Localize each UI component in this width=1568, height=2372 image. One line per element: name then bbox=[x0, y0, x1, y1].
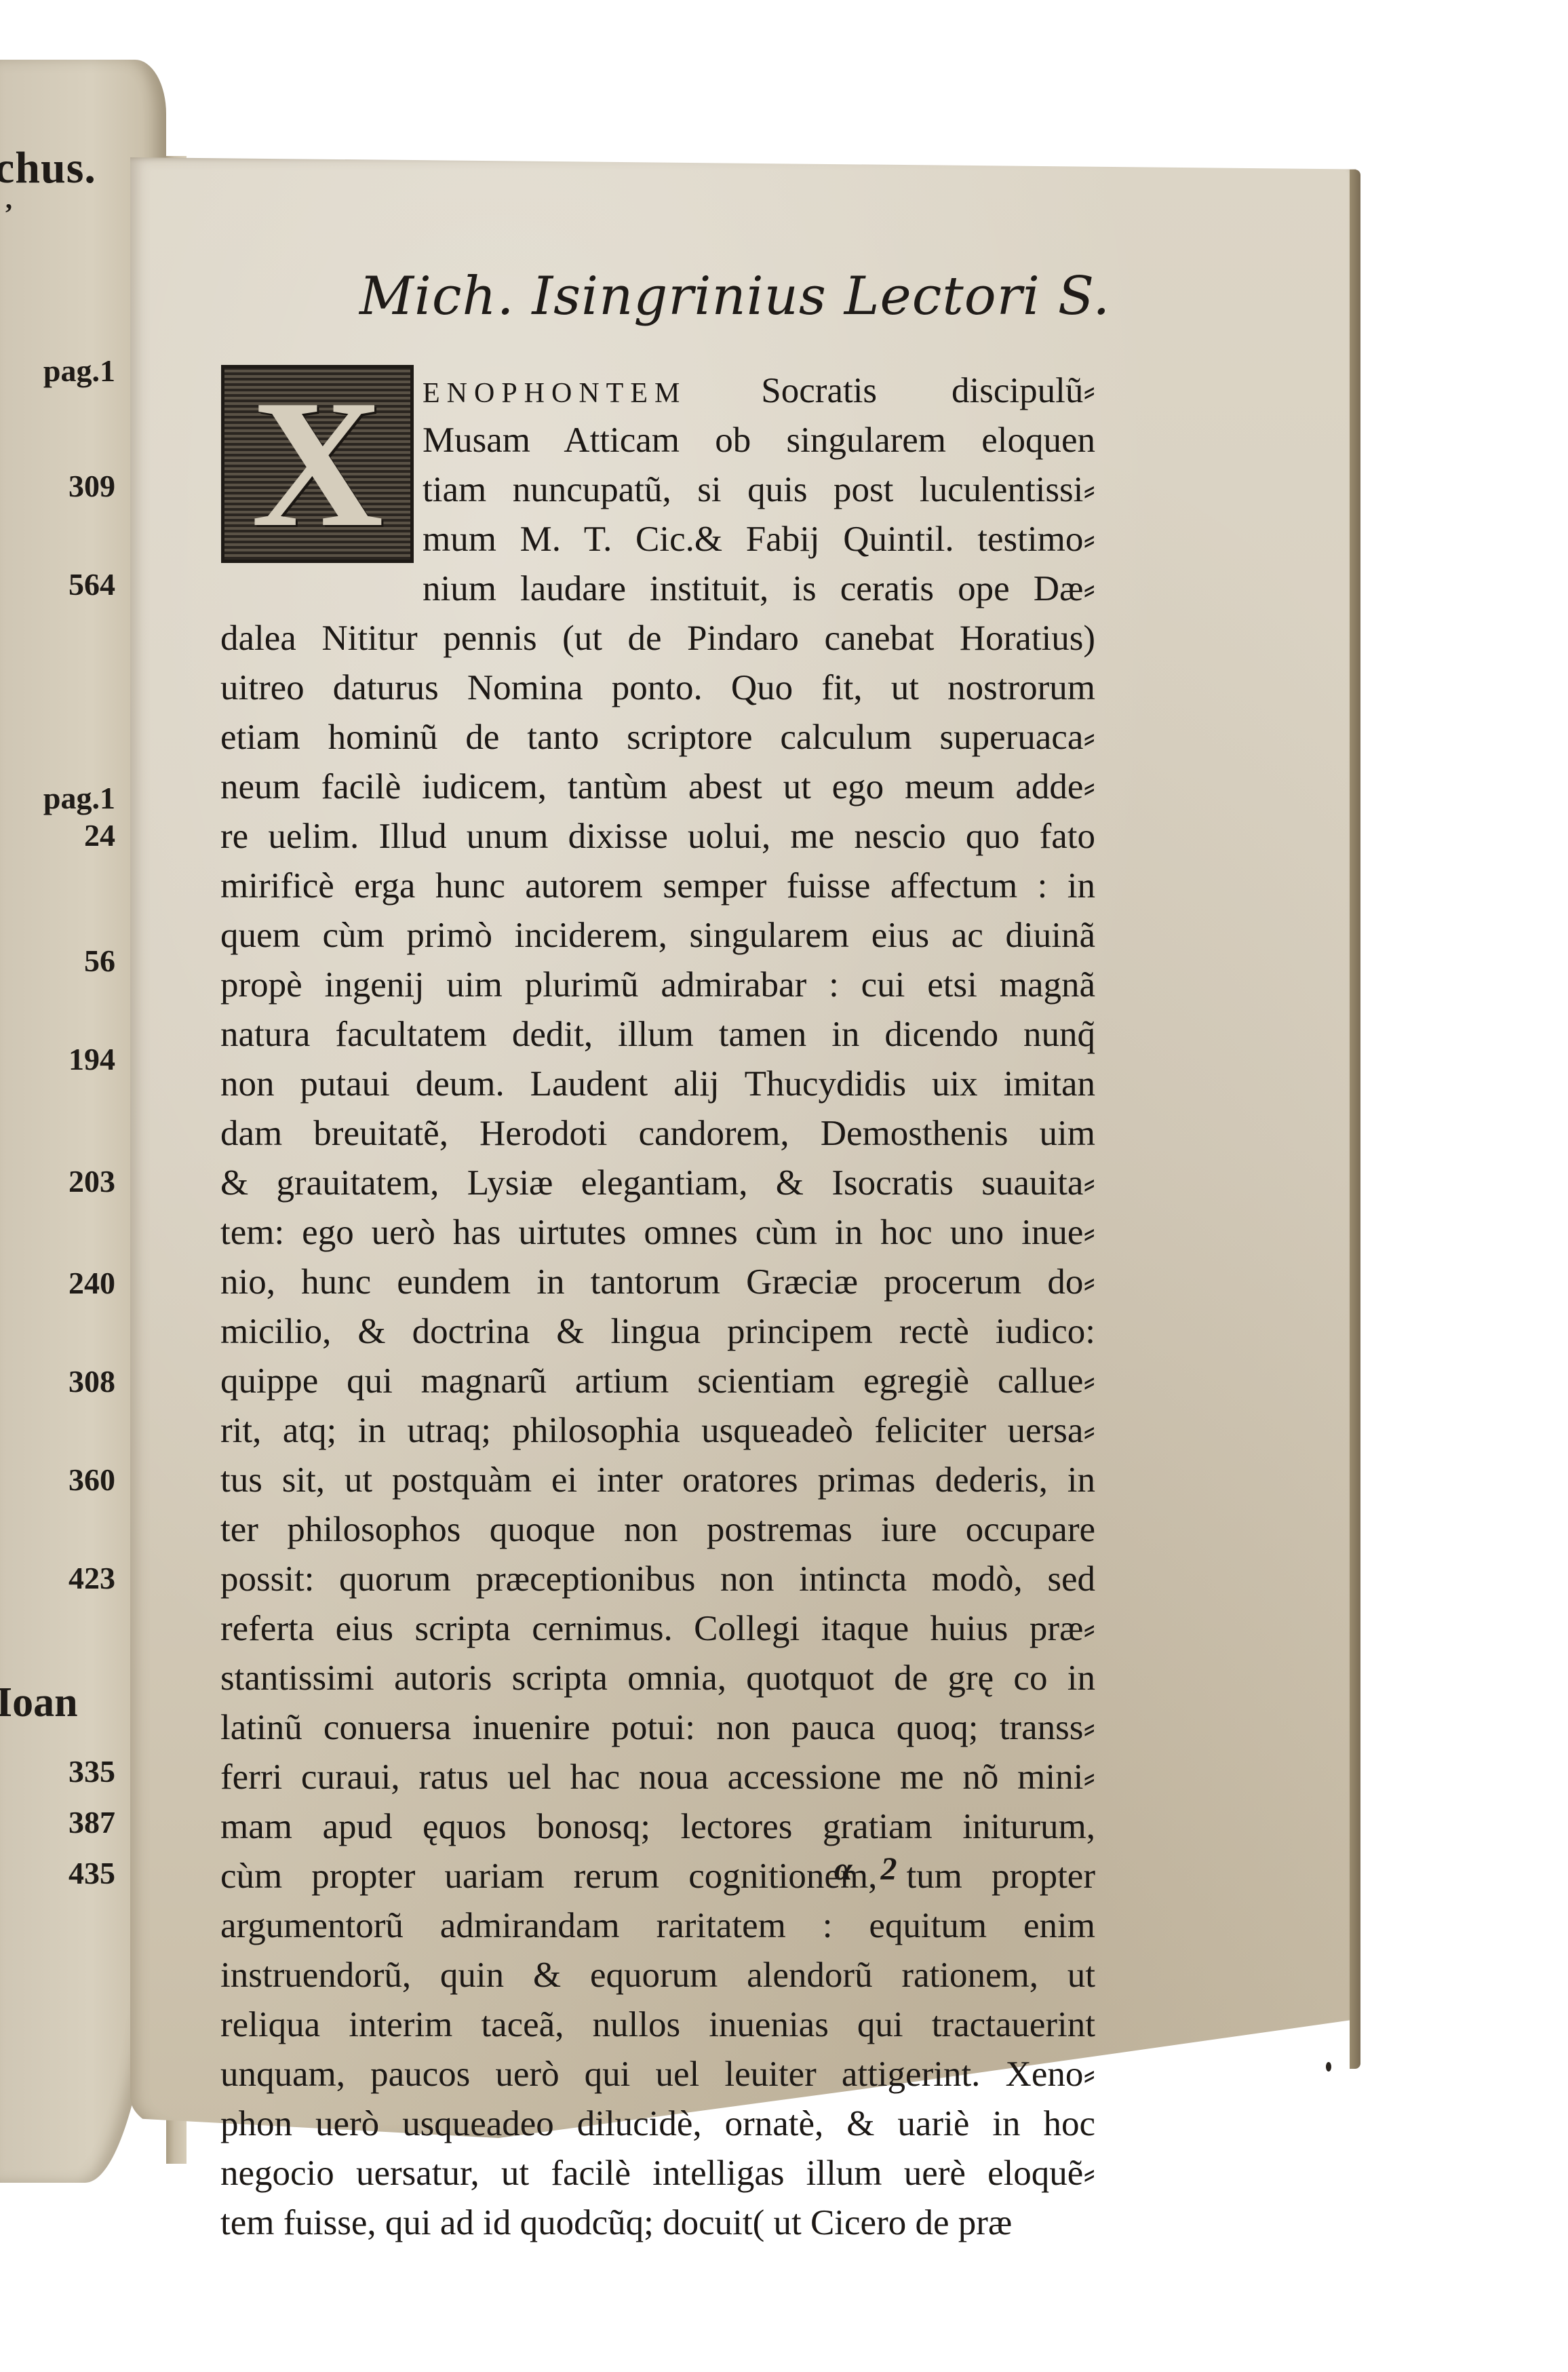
text-line-content: mum M. T. Cic.& Fabĳ Quintil. testimo⸗ bbox=[423, 520, 1095, 559]
text-line: tem fuisse, qui ad id quodcũq; docuit( u… bbox=[220, 2198, 1095, 2248]
text-line: mirificè erga hunc autorem semper fuisse… bbox=[220, 861, 1095, 911]
index-page-number: 24 bbox=[0, 817, 115, 853]
text-line: stantissimi autoris scripta omnia, quotq… bbox=[220, 1654, 1095, 1703]
index-page-number: 423 bbox=[0, 1560, 115, 1596]
text-line-content: non putaui deum. Laudent alĳ Thucydidis … bbox=[220, 1064, 1095, 1104]
text-line: negocio uersatur, ut facilè intelligas i… bbox=[220, 2149, 1095, 2198]
text-line: latinũ conuersa inuenire potui: non pauc… bbox=[220, 1703, 1095, 1753]
text-line-content: Socratis discipulũ⸗ bbox=[761, 371, 1095, 410]
text-line-content: reliqua interim taceã, nullos inuenias q… bbox=[220, 2005, 1095, 2044]
text-line-content: ferri curaui, ratus uel hac noua accessi… bbox=[220, 1757, 1095, 1797]
text-line-content: quippe qui magnarũ artium scientiam egre… bbox=[220, 1361, 1095, 1401]
text-line-content: uitreo daturus Nomina ponto. Quo fit, ut… bbox=[220, 668, 1095, 707]
opening-word-smallcaps: ENOPHONTEM bbox=[423, 378, 686, 409]
text-line: quippe qui magnarũ artium scientiam egre… bbox=[220, 1357, 1095, 1406]
text-line-content: dam breuitatẽ, Herodoti candorem, Demost… bbox=[220, 1114, 1095, 1153]
index-page-number: pag.1 bbox=[0, 353, 115, 389]
text-line-content: tem: ego uerò has uirtutes omnes cùm in … bbox=[220, 1213, 1095, 1252]
text-line: ENOPHONTEM Socratis discipulũ⸗ bbox=[220, 366, 1095, 416]
text-line-content: propè ingenĳ uim plurimũ admirabar : cui… bbox=[220, 965, 1095, 1005]
text-line-content: Musam Atticam ob singularem eloquen bbox=[423, 421, 1095, 460]
body-text: ENOPHONTEM Socratis discipulũ⸗Musam Atti… bbox=[220, 366, 1095, 2248]
text-line-content: neum facilè iudicem, tantùm abest ut ego… bbox=[220, 767, 1095, 806]
text-line: tem: ego uerò has uirtutes omnes cùm in … bbox=[220, 1208, 1095, 1258]
text-line-content: quem cùm primò inciderem, singularem eiu… bbox=[220, 916, 1095, 955]
text-line: phon uerò usqueadeo dilucidè, ornatè, & … bbox=[220, 2099, 1095, 2149]
signature-mark: α 2 bbox=[834, 1850, 897, 1888]
text-line: instruendorũ, quin & equorum alendorũ ra… bbox=[220, 1951, 1095, 2000]
text-line: reliqua interim taceã, nullos inuenias q… bbox=[220, 2000, 1095, 2050]
text-line-content: mam apud ęquos bonosq; lectores gratiam … bbox=[220, 1807, 1095, 1846]
text-line: tiam nuncupatũ, si quis post luculentiss… bbox=[220, 465, 1095, 515]
index-page-number: 240 bbox=[0, 1265, 115, 1301]
index-page-number: 435 bbox=[0, 1855, 115, 1891]
text-line: dalea Nititur pennis (ut de Pindaro cane… bbox=[220, 614, 1095, 663]
text-line-content: phon uerò usqueadeo dilucidè, ornatè, & … bbox=[220, 2104, 1095, 2143]
text-line: argumentorũ admirandam raritatem : equit… bbox=[220, 1901, 1095, 1951]
text-line-content: negocio uersatur, ut facilè intelligas i… bbox=[220, 2154, 1095, 2193]
index-page-number: 387 bbox=[0, 1804, 115, 1840]
text-line: neum facilè iudicem, tantùm abest ut ego… bbox=[220, 762, 1095, 812]
index-page-number: 194 bbox=[0, 1041, 115, 1077]
text-line-content: re uelim. Illud unum dixisse uolui, me n… bbox=[220, 817, 1095, 856]
index-page-number: 564 bbox=[0, 566, 115, 602]
text-line-content: latinũ conuersa inuenire potui: non pauc… bbox=[220, 1708, 1095, 1747]
text-line-content: mirificè erga hunc autorem semper fuisse… bbox=[220, 866, 1095, 906]
page-fore-edge bbox=[1350, 170, 1360, 2069]
text-line: mum M. T. Cic.& Fabĳ Quintil. testimo⸗ bbox=[220, 515, 1095, 564]
text-line: uitreo daturus Nomina ponto. Quo fit, ut… bbox=[220, 663, 1095, 713]
text-line: possit: quorum præceptionibus non intinc… bbox=[220, 1555, 1095, 1604]
text-line: & grauitatem, Lysiæ elegantiam, & Isocra… bbox=[220, 1159, 1095, 1208]
running-title: Mich. Isingrinius Lectori S. bbox=[359, 266, 1110, 327]
text-line: natura facultatem dedit, illum tamen in … bbox=[220, 1010, 1095, 1059]
previous-page-heading-fragment: chus. bbox=[0, 142, 96, 194]
text-line-content: referta eius scripta cernimus. Collegi i… bbox=[220, 1609, 1095, 1648]
text-line-content: instruendorũ, quin & equorum alendorũ ra… bbox=[220, 1956, 1095, 1995]
text-line: micilio, & doctrina & lingua principem r… bbox=[220, 1307, 1095, 1357]
previous-page-name-fragment: Ioan bbox=[0, 1679, 78, 1727]
text-line: ferri curaui, ratus uel hac noua accessi… bbox=[220, 1753, 1095, 1802]
comma-mark: , bbox=[5, 183, 12, 215]
text-line-content: unquam, paucos uerò qui uel leuiter atti… bbox=[220, 2055, 1095, 2094]
index-page-number: pag.1 bbox=[0, 780, 115, 816]
text-line-content: etiam hominũ de tanto scriptore calculum… bbox=[220, 718, 1095, 757]
text-line-content: dalea Nititur pennis (ut de Pindaro cane… bbox=[220, 619, 1095, 658]
text-line: tus sit, ut postquàm ei inter oratores p… bbox=[220, 1456, 1095, 1505]
text-line: Musam Atticam ob singularem eloquen bbox=[220, 416, 1095, 465]
text-line-content: micilio, & doctrina & lingua principem r… bbox=[220, 1312, 1095, 1351]
text-line-content: nium laudare instituit, is ceratis ope D… bbox=[423, 569, 1095, 608]
index-page-number: 360 bbox=[0, 1462, 115, 1498]
text-line-content: possit: quorum præceptionibus non intinc… bbox=[220, 1559, 1095, 1599]
text-line-content: ter philosophos quoque non postremas iur… bbox=[220, 1510, 1095, 1549]
index-page-number: 203 bbox=[0, 1163, 115, 1199]
text-line: etiam hominũ de tanto scriptore calculum… bbox=[220, 713, 1095, 762]
text-line-content: tem fuisse, qui ad id quodcũq; docuit( u… bbox=[220, 2203, 1012, 2242]
text-line: dam breuitatẽ, Herodoti candorem, Demost… bbox=[220, 1109, 1095, 1159]
text-line-content: nio, hunc eundem in tantorum Græciæ proc… bbox=[220, 1262, 1095, 1302]
text-line: ter philosophos quoque non postremas iur… bbox=[220, 1505, 1095, 1555]
text-line-content: tiam nuncupatũ, si quis post luculentiss… bbox=[423, 470, 1095, 509]
text-line-content: natura facultatem dedit, illum tamen in … bbox=[220, 1015, 1095, 1054]
text-line-content: tus sit, ut postquàm ei inter oratores p… bbox=[220, 1460, 1095, 1500]
index-page-number: 308 bbox=[0, 1363, 115, 1399]
ink-spot bbox=[1326, 2062, 1331, 2072]
text-line: mam apud ęquos bonosq; lectores gratiam … bbox=[220, 1802, 1095, 1852]
index-page-number: 309 bbox=[0, 468, 115, 504]
text-line: unquam, paucos uerò qui uel leuiter atti… bbox=[220, 2050, 1095, 2099]
text-line: quem cùm primò inciderem, singularem eiu… bbox=[220, 911, 1095, 960]
text-line: nio, hunc eundem in tantorum Græciæ proc… bbox=[220, 1258, 1095, 1307]
text-line: referta eius scripta cernimus. Collegi i… bbox=[220, 1604, 1095, 1654]
text-line-content: stantissimi autoris scripta omnia, quotq… bbox=[220, 1658, 1095, 1698]
text-line-content: argumentorũ admirandam raritatem : equit… bbox=[220, 1906, 1095, 1945]
text-line: cùm propter uariam rerum cognitionem, tu… bbox=[220, 1852, 1095, 1901]
text-line: non putaui deum. Laudent alĳ Thucydidis … bbox=[220, 1059, 1095, 1109]
text-line-content: & grauitatem, Lysiæ elegantiam, & Isocra… bbox=[220, 1163, 1095, 1203]
index-page-number: 335 bbox=[0, 1753, 115, 1789]
text-line: propè ingenĳ uim plurimũ admirabar : cui… bbox=[220, 960, 1095, 1010]
text-line: re uelim. Illud unum dixisse uolui, me n… bbox=[220, 812, 1095, 861]
text-line: nium laudare instituit, is ceratis ope D… bbox=[220, 564, 1095, 614]
index-page-number: 56 bbox=[0, 943, 115, 979]
text-line: rit, atq; in utraq; philosophia usqueade… bbox=[220, 1406, 1095, 1456]
text-line-content: rit, atq; in utraq; philosophia usqueade… bbox=[220, 1411, 1095, 1450]
text-line-content: cùm propter uariam rerum cognitionem, tu… bbox=[220, 1856, 1095, 1896]
